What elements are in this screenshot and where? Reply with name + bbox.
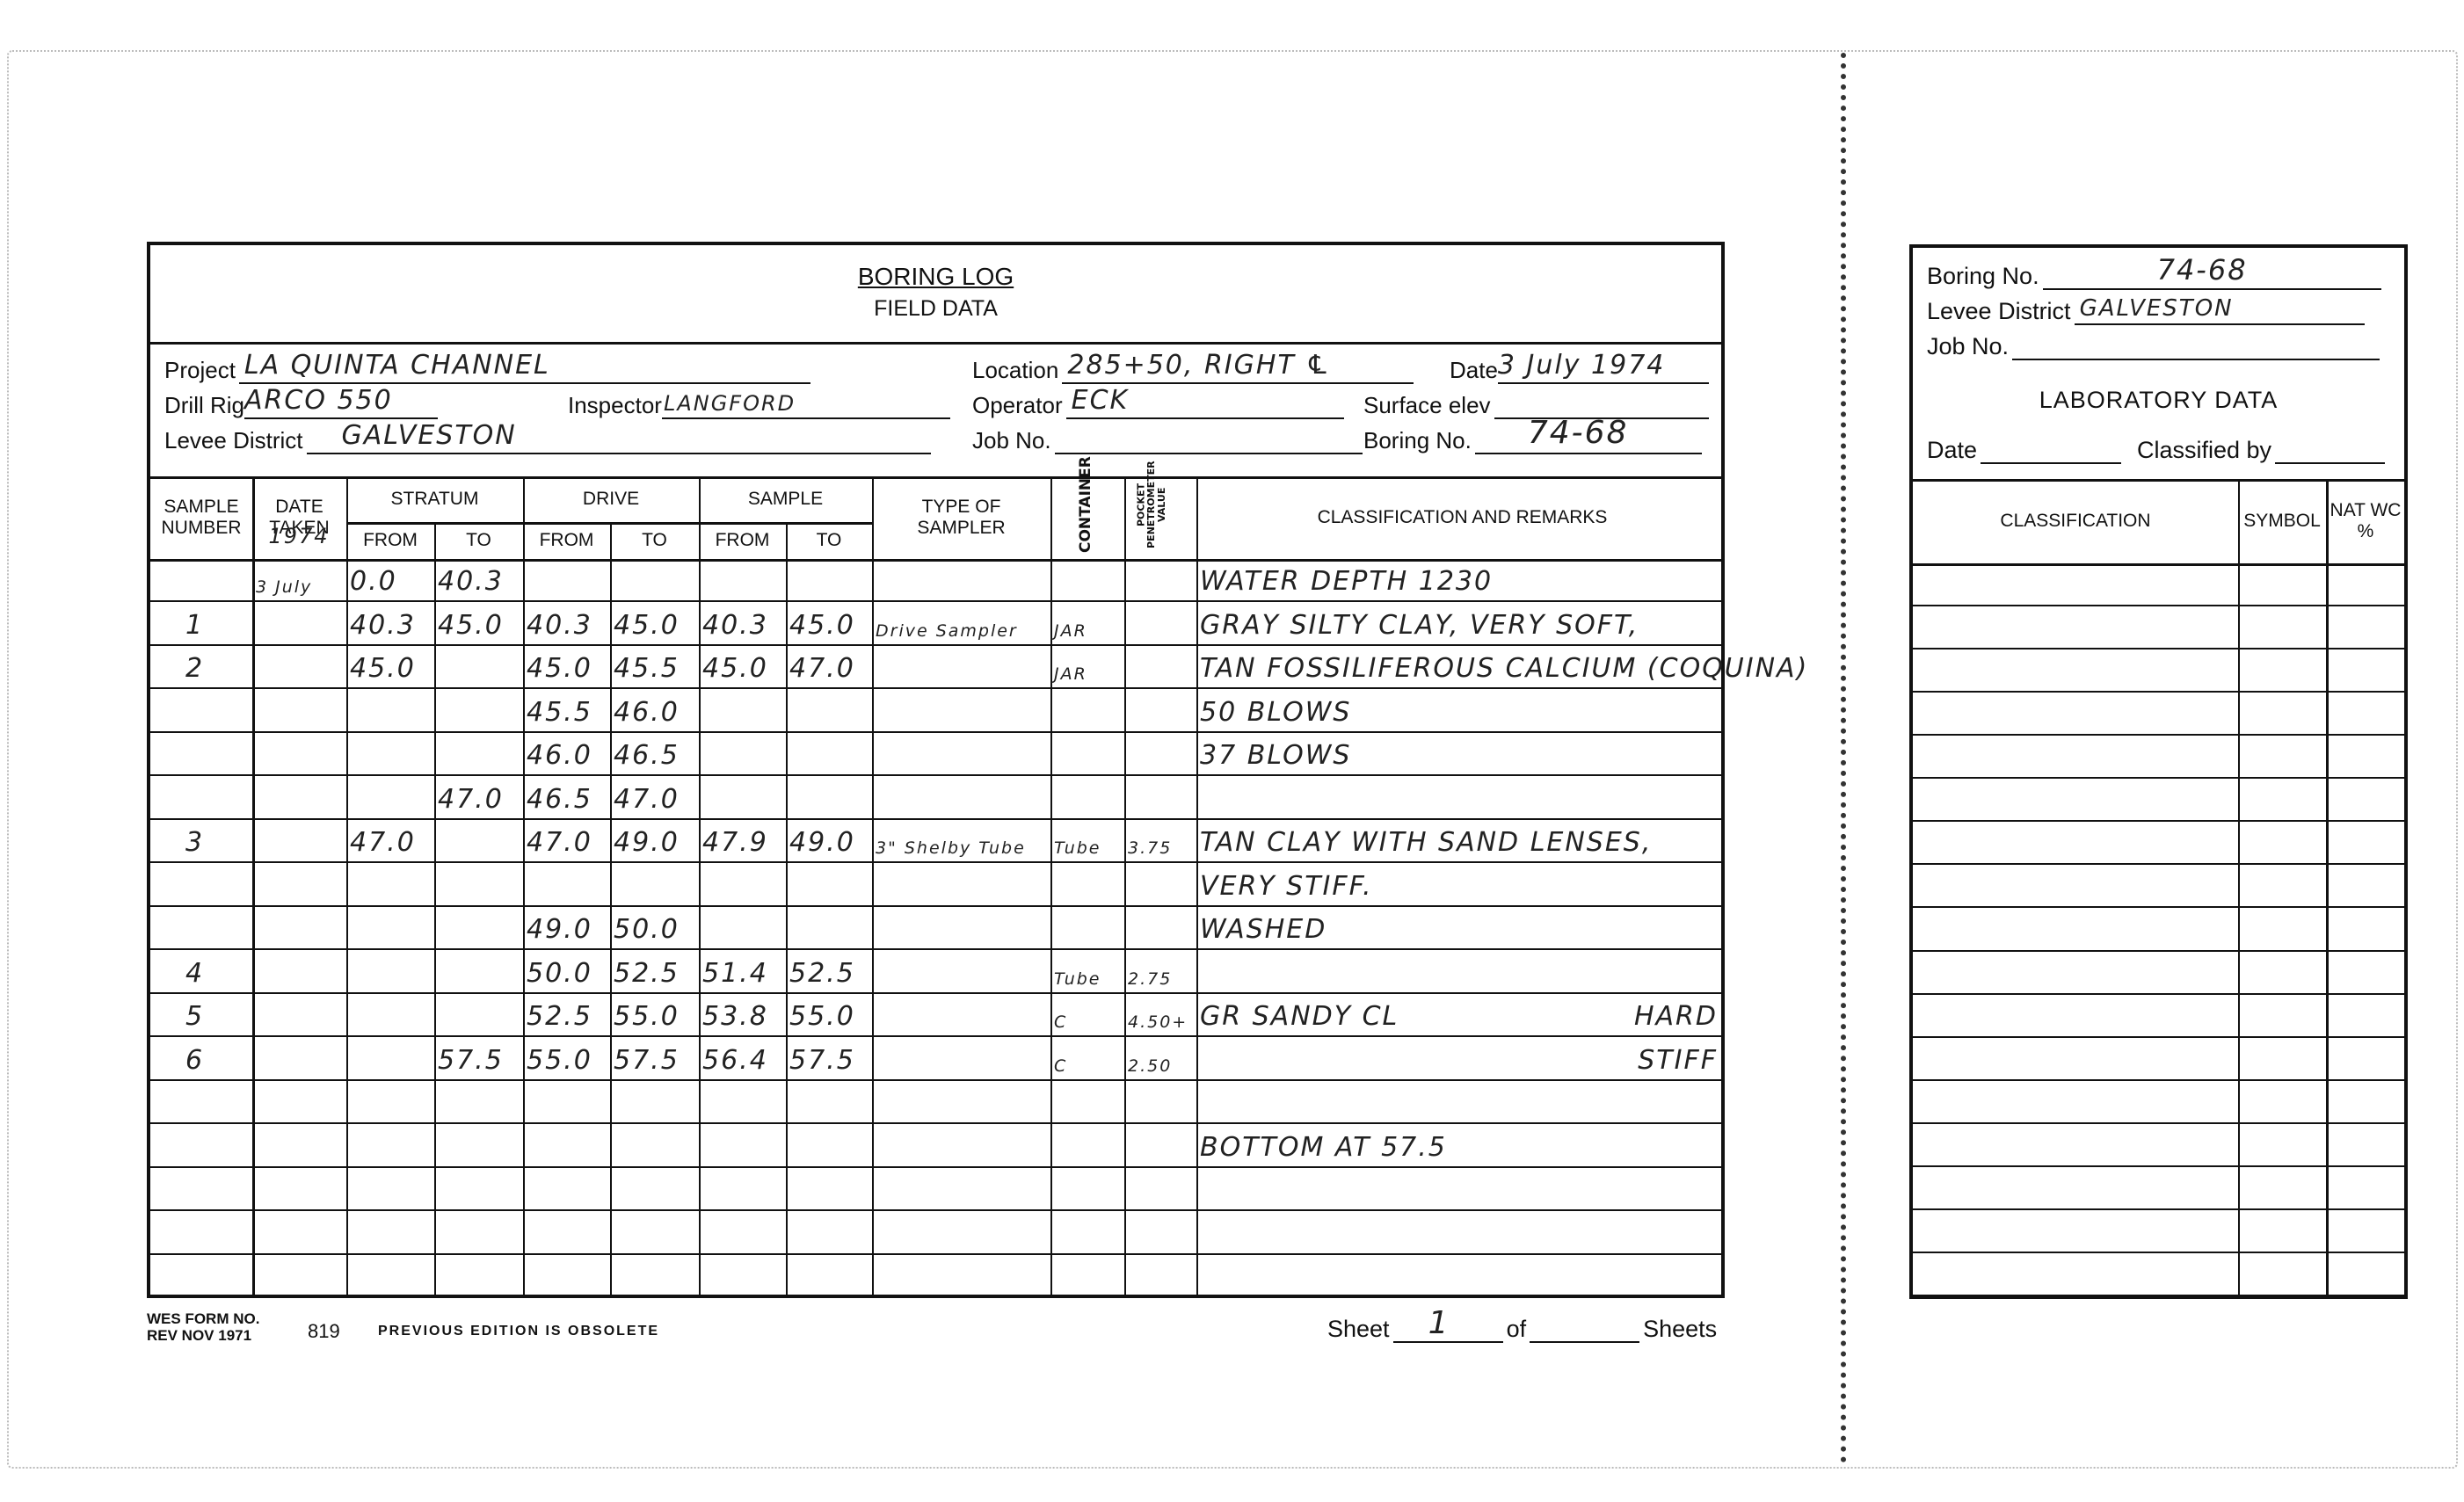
cell-sample-from[interactable]: 40.3 [699, 602, 786, 643]
cell-sample-from[interactable]: 51.4 [699, 950, 786, 991]
lab-cell-classification[interactable] [1913, 822, 2238, 863]
cell-sample-from[interactable]: 45.0 [699, 646, 786, 687]
header-fields: Project LA QUINTA CHANNEL Location 285+5… [150, 342, 1721, 479]
perforation-line [1841, 53, 1846, 1463]
cell-stratum-to[interactable] [434, 1255, 523, 1296]
cell-drive-to[interactable] [610, 863, 699, 904]
cell-sample-from[interactable] [699, 559, 786, 600]
cell-drive-to[interactable]: 45.5 [610, 646, 699, 687]
cell-container[interactable] [1050, 1124, 1124, 1165]
lab-title: LABORATORY DATA [1913, 387, 2404, 414]
cell-sampler-type[interactable] [872, 1168, 1050, 1209]
cell-drive-to[interactable] [610, 1124, 699, 1165]
cell-date-taken[interactable] [252, 776, 346, 817]
cell-sample-to[interactable] [786, 1124, 872, 1165]
cell-sampler-type[interactable] [872, 559, 1050, 600]
cell-sample-number[interactable]: 5 [150, 994, 252, 1035]
lab-levee-district-field[interactable]: Levee District GALVESTON [1927, 294, 2365, 325]
cell-stratum-to[interactable] [434, 1081, 523, 1122]
lab-table-row [1913, 1167, 2404, 1210]
cell-stratum-to[interactable] [434, 1124, 523, 1165]
cell-container[interactable] [1050, 559, 1124, 600]
cell-drive-from[interactable]: 52.5 [523, 994, 610, 1035]
cell-stratum-to[interactable] [434, 907, 523, 948]
header-sample: SAMPLE [699, 476, 872, 522]
lab-cell-classification[interactable] [1913, 1038, 2238, 1079]
cell-sample-to[interactable] [786, 689, 872, 730]
lab-cell-symbol[interactable] [2238, 693, 2326, 734]
lab-cell-symbol[interactable] [2238, 563, 2326, 605]
cell-stratum-to[interactable] [434, 689, 523, 730]
cell-remarks-right[interactable] [1196, 646, 1725, 687]
cell-drive-from[interactable]: 40.3 [523, 602, 610, 643]
cell-stratum-to[interactable] [434, 1211, 523, 1252]
lab-job-no-field[interactable]: Job No. [1927, 329, 2380, 360]
cell-sampler-type[interactable] [872, 863, 1050, 904]
boring-no-field[interactable]: Boring No. 74-68 [1363, 423, 1702, 454]
cell-pocket-penetrometer[interactable] [1124, 776, 1196, 817]
lab-cell-symbol[interactable] [2238, 822, 2326, 863]
cell-sample-from[interactable] [699, 1255, 786, 1296]
cell-remarks-right[interactable] [1196, 820, 1725, 861]
cell-drive-to[interactable] [610, 1081, 699, 1122]
cell-drive-to[interactable] [610, 1168, 699, 1209]
cell-container[interactable]: JAR [1050, 602, 1124, 643]
cell-sample-to[interactable] [786, 1211, 872, 1252]
cell-pocket-penetrometer[interactable] [1124, 907, 1196, 948]
cell-stratum-from[interactable] [346, 1255, 434, 1296]
header-subdivider [346, 522, 872, 525]
cell-sample-from[interactable] [699, 907, 786, 948]
form-code: 819 [308, 1320, 340, 1343]
lab-cell-nat-wc[interactable] [2326, 952, 2405, 993]
cell-stratum-to[interactable]: 47.0 [434, 776, 523, 817]
cell-stratum-from[interactable] [346, 1037, 434, 1078]
cell-sample-number[interactable] [150, 559, 252, 600]
lab-table-row [1913, 606, 2404, 649]
lab-cell-classification[interactable] [1913, 649, 2238, 691]
cell-sampler-type[interactable] [872, 689, 1050, 730]
cell-date-taken[interactable] [252, 994, 346, 1035]
form-title: BORING LOG [150, 263, 1721, 291]
cell-sampler-type[interactable]: 3" Shelby Tube [872, 820, 1050, 861]
cell-pocket-penetrometer[interactable] [1124, 559, 1196, 600]
lab-cell-nat-wc[interactable] [2326, 606, 2405, 648]
cell-date-taken[interactable] [252, 907, 346, 948]
cell-sample-to[interactable]: 47.0 [786, 646, 872, 687]
cell-remarks-right[interactable] [1196, 559, 1725, 600]
lab-cell-classification[interactable] [1913, 563, 2238, 605]
cell-stratum-from[interactable] [346, 994, 434, 1035]
boring-log-form: BORING LOG FIELD DATA Project LA QUINTA … [147, 242, 1725, 1298]
lab-cell-nat-wc[interactable] [2326, 693, 2405, 734]
cell-sample-from[interactable] [699, 863, 786, 904]
cell-pocket-penetrometer[interactable] [1124, 1211, 1196, 1252]
lab-cell-classification[interactable] [1913, 1124, 2238, 1165]
operator-field[interactable]: Operator ECK [972, 388, 1344, 419]
lab-cell-nat-wc[interactable] [2326, 995, 2405, 1036]
cell-sampler-type[interactable] [872, 994, 1050, 1035]
cell-drive-from[interactable]: 49.0 [523, 907, 610, 948]
cell-remarks-right[interactable] [1196, 1168, 1725, 1209]
cell-sampler-type[interactable] [872, 1124, 1050, 1165]
cell-drive-from[interactable] [523, 1211, 610, 1252]
cell-remarks-right[interactable] [1196, 733, 1725, 774]
cell-stratum-to[interactable] [434, 646, 523, 687]
cell-sample-number[interactable] [150, 1124, 252, 1165]
lab-cell-symbol[interactable] [2238, 1124, 2326, 1165]
cell-pocket-penetrometer[interactable] [1124, 733, 1196, 774]
cell-drive-to[interactable]: 52.5 [610, 950, 699, 991]
cell-stratum-from[interactable] [346, 863, 434, 904]
lab-cell-nat-wc[interactable] [2326, 1167, 2405, 1208]
cell-sample-to[interactable]: 49.0 [786, 820, 872, 861]
cell-sample-to[interactable]: 52.5 [786, 950, 872, 991]
cell-drive-to[interactable]: 49.0 [610, 820, 699, 861]
cell-sample-to[interactable] [786, 776, 872, 817]
cell-remarks-right[interactable] [1196, 1081, 1725, 1122]
cell-drive-to[interactable]: 57.5 [610, 1037, 699, 1078]
cell-stratum-from[interactable] [346, 1081, 434, 1122]
cell-stratum-from[interactable]: 45.0 [346, 646, 434, 687]
lab-cell-nat-wc[interactable] [2326, 1081, 2405, 1122]
cell-drive-from[interactable]: 50.0 [523, 950, 610, 991]
cell-remarks-right[interactable]: HARD [1196, 994, 1725, 1035]
cell-pocket-penetrometer[interactable] [1124, 1081, 1196, 1122]
cell-container[interactable] [1050, 733, 1124, 774]
cell-date-taken[interactable] [252, 602, 346, 643]
cell-pocket-penetrometer[interactable] [1124, 602, 1196, 643]
lab-cell-symbol[interactable] [2238, 736, 2326, 777]
cell-drive-from[interactable] [523, 1081, 610, 1122]
cell-drive-from[interactable] [523, 863, 610, 904]
form-number: WES FORM NO. REV NOV 1971 [147, 1311, 259, 1344]
table-row: 245.045.045.545.047.0JARTAN FOSSILIFEROU… [150, 646, 1721, 689]
cell-container[interactable] [1050, 863, 1124, 904]
header-sample-to: TO [786, 522, 872, 559]
lab-cell-nat-wc[interactable] [2326, 908, 2405, 949]
cell-sample-number[interactable] [150, 689, 252, 730]
cell-drive-from[interactable]: 46.0 [523, 733, 610, 774]
laboratory-data-form: Boring No. 74-68 Levee District GALVESTO… [1909, 244, 2099, 1299]
levee-district-value: GALVESTON [342, 420, 517, 451]
cell-sample-to[interactable] [786, 907, 872, 948]
cell-pocket-penetrometer[interactable] [1124, 646, 1196, 687]
cell-stratum-from[interactable]: 0.0 [346, 559, 434, 600]
cell-stratum-to[interactable] [434, 950, 523, 991]
lab-cell-nat-wc[interactable] [2326, 1210, 2405, 1252]
cell-remarks-right[interactable] [1196, 1211, 1725, 1252]
cell-remarks-right[interactable] [1196, 1255, 1725, 1296]
cell-sample-from[interactable]: 56.4 [699, 1037, 786, 1078]
cell-sample-to[interactable]: 55.0 [786, 994, 872, 1035]
cell-stratum-from[interactable] [346, 907, 434, 948]
cell-sample-number[interactable] [150, 1211, 252, 1252]
cell-sampler-type[interactable] [872, 1211, 1050, 1252]
cell-date-taken[interactable] [252, 1255, 346, 1296]
cell-date-taken[interactable] [252, 1037, 346, 1078]
cell-sample-to[interactable] [786, 1255, 872, 1296]
cell-sample-number[interactable] [150, 776, 252, 817]
cell-drive-to[interactable]: 45.0 [610, 602, 699, 643]
cell-stratum-from[interactable] [346, 950, 434, 991]
cell-sampler-type[interactable] [872, 733, 1050, 774]
lab-cell-symbol[interactable] [2238, 1210, 2326, 1252]
table-header: SAMPLE NUMBER DATE TAKEN 1974 STRATUM FR… [150, 476, 1721, 562]
project-field[interactable]: Project LA QUINTA CHANNEL [164, 352, 810, 384]
cell-sample-number[interactable] [150, 1168, 252, 1209]
lab-cell-classification[interactable] [1913, 779, 2238, 820]
cell-sampler-type[interactable] [872, 907, 1050, 948]
lab-cell-nat-wc[interactable] [2326, 822, 2405, 863]
lab-cell-nat-wc[interactable] [2326, 649, 2405, 691]
cell-remarks-right[interactable] [1196, 863, 1725, 904]
cell-stratum-from[interactable] [346, 733, 434, 774]
cell-sample-number[interactable]: 4 [150, 950, 252, 991]
cell-sample-to[interactable] [786, 733, 872, 774]
cell-sample-number[interactable] [150, 733, 252, 774]
cell-drive-from[interactable] [523, 1168, 610, 1209]
cell-stratum-to[interactable] [434, 733, 523, 774]
lab-cell-classification[interactable] [1913, 952, 2238, 993]
cell-sample-number[interactable]: 3 [150, 820, 252, 861]
table-row: 657.555.057.556.457.5C2.50STIFF [150, 1037, 1721, 1080]
table-row: 46.046.537 BLOWS [150, 733, 1721, 776]
cell-sample-to[interactable]: 45.0 [786, 602, 872, 643]
cell-drive-from[interactable] [523, 1124, 610, 1165]
lab-classified-by-field[interactable]: Classified by [2137, 432, 2385, 464]
lab-cell-nat-wc[interactable] [2326, 1124, 2405, 1165]
cell-stratum-to[interactable] [434, 863, 523, 904]
cell-drive-to[interactable]: 46.0 [610, 689, 699, 730]
cell-remarks-right[interactable] [1196, 776, 1725, 817]
lab-cell-nat-wc[interactable] [2326, 1253, 2405, 1295]
cell-sample-number[interactable]: 6 [150, 1037, 252, 1078]
cell-sample-from[interactable] [699, 776, 786, 817]
cell-date-taken[interactable] [252, 733, 346, 774]
cell-date-taken[interactable] [252, 863, 346, 904]
cell-container[interactable] [1050, 907, 1124, 948]
cell-container[interactable] [1050, 689, 1124, 730]
location-field[interactable]: Location 285+50, RIGHT ℄ [972, 352, 1414, 384]
cell-container[interactable]: C [1050, 994, 1124, 1035]
table-body: 3 July0.040.3WATER DEPTH 1230140.345.040… [150, 559, 1721, 1298]
cell-container[interactable] [1050, 1211, 1124, 1252]
cell-sample-number[interactable] [150, 1081, 252, 1122]
cell-sample-from[interactable] [699, 1124, 786, 1165]
cell-pocket-penetrometer[interactable] [1124, 863, 1196, 904]
inspector-field[interactable]: Inspector LANGFORD [568, 388, 950, 419]
cell-sampler-type[interactable] [872, 1081, 1050, 1122]
cell-sampler-type[interactable] [872, 646, 1050, 687]
cell-drive-from[interactable] [523, 1255, 610, 1296]
cell-sample-to[interactable] [786, 559, 872, 600]
date-field[interactable]: Date 3 July 1974 [1450, 352, 1709, 384]
cell-sample-to[interactable] [786, 1168, 872, 1209]
lab-cell-symbol[interactable] [2238, 1038, 2326, 1079]
cell-drive-to[interactable]: 47.0 [610, 776, 699, 817]
cell-pocket-penetrometer[interactable]: 3.75 [1124, 820, 1196, 861]
cell-drive-to[interactable]: 50.0 [610, 907, 699, 948]
cell-date-taken[interactable] [252, 820, 346, 861]
lab-cell-symbol[interactable] [2238, 1167, 2326, 1208]
cell-sample-from[interactable] [699, 1168, 786, 1209]
lab-cell-nat-wc[interactable] [2326, 736, 2405, 777]
lab-cell-symbol[interactable] [2238, 865, 2326, 906]
lab-cell-classification[interactable] [1913, 1081, 2238, 1122]
lab-date-field[interactable]: Date [1927, 432, 2121, 464]
cell-sample-from[interactable] [699, 733, 786, 774]
cell-stratum-to[interactable]: 57.5 [434, 1037, 523, 1078]
cell-pocket-penetrometer[interactable] [1124, 1168, 1196, 1209]
lab-cell-classification[interactable] [1913, 865, 2238, 906]
cell-date-taken[interactable]: 3 July [252, 559, 346, 600]
cell-sampler-type[interactable] [872, 1255, 1050, 1296]
cell-sample-number[interactable] [150, 1255, 252, 1296]
cell-stratum-to[interactable] [434, 994, 523, 1035]
lab-cell-classification[interactable] [1913, 1253, 2238, 1295]
cell-stratum-from[interactable] [346, 1168, 434, 1209]
cell-stratum-from[interactable] [346, 776, 434, 817]
lab-cell-classification[interactable] [1913, 995, 2238, 1036]
cell-pocket-penetrometer[interactable] [1124, 689, 1196, 730]
lab-cell-symbol[interactable] [2238, 649, 2326, 691]
cell-container[interactable] [1050, 776, 1124, 817]
cell-container[interactable]: Tube [1050, 950, 1124, 991]
table-row [150, 1211, 1721, 1254]
lab-boring-no-value: 74-68 [2157, 253, 2248, 287]
cell-date-taken[interactable] [252, 1168, 346, 1209]
cell-pocket-penetrometer[interactable]: 4.50+ [1124, 994, 1196, 1035]
header-stratum-from: FROM [346, 522, 434, 559]
lab-cell-symbol[interactable] [2238, 908, 2326, 949]
cell-stratum-from[interactable] [346, 1124, 434, 1165]
cell-drive-to[interactable]: 46.5 [610, 733, 699, 774]
cell-sampler-type[interactable] [872, 776, 1050, 817]
cell-remarks-right[interactable] [1196, 1124, 1725, 1165]
cell-sampler-type[interactable]: Drive Sampler [872, 602, 1050, 643]
lab-cell-symbol[interactable] [2238, 1253, 2326, 1295]
levee-district-field[interactable]: Levee District GALVESTON [164, 423, 931, 454]
cell-drive-to[interactable] [610, 1211, 699, 1252]
cell-drive-from[interactable]: 45.5 [523, 689, 610, 730]
cell-date-taken[interactable] [252, 646, 346, 687]
cell-stratum-from[interactable]: 47.0 [346, 820, 434, 861]
lab-cell-classification[interactable] [1913, 606, 2238, 648]
cell-stratum-to[interactable] [434, 820, 523, 861]
cell-drive-from[interactable]: 46.5 [523, 776, 610, 817]
lab-cell-classification[interactable] [1913, 1210, 2238, 1252]
cell-sample-number[interactable]: 2 [150, 646, 252, 687]
cell-stratum-from[interactable]: 40.3 [346, 602, 434, 643]
lab-cell-classification[interactable] [1913, 1167, 2238, 1208]
cell-remarks-right[interactable] [1196, 689, 1725, 730]
lab-boring-no-field[interactable]: Boring No. 74-68 [1927, 258, 2381, 290]
lab-cell-nat-wc[interactable] [2326, 563, 2405, 605]
cell-container[interactable]: JAR [1050, 646, 1124, 687]
field-data-table: SAMPLE NUMBER DATE TAKEN 1974 STRATUM FR… [150, 476, 1721, 1298]
lab-cell-symbol[interactable] [2238, 952, 2326, 993]
cell-stratum-to[interactable]: 40.3 [434, 559, 523, 600]
sheet-number-field[interactable]: 1 [1393, 1313, 1503, 1343]
cell-sample-number[interactable]: 1 [150, 602, 252, 643]
cell-drive-from[interactable]: 55.0 [523, 1037, 610, 1078]
lab-cell-nat-wc[interactable] [2326, 1038, 2405, 1079]
lab-cell-nat-wc[interactable] [2326, 779, 2405, 820]
cell-drive-to[interactable] [610, 559, 699, 600]
cell-pocket-penetrometer[interactable]: 2.50 [1124, 1037, 1196, 1078]
lab-cell-symbol[interactable] [2238, 606, 2326, 648]
cell-drive-from[interactable]: 47.0 [523, 820, 610, 861]
cell-sample-to[interactable] [786, 863, 872, 904]
cell-container[interactable] [1050, 1255, 1124, 1296]
cell-date-taken[interactable] [252, 689, 346, 730]
cell-container[interactable]: Tube [1050, 820, 1124, 861]
lab-cell-symbol[interactable] [2238, 779, 2326, 820]
cell-date-taken[interactable] [252, 1124, 346, 1165]
lab-table-row [1913, 865, 2404, 908]
table-row: 347.047.049.047.949.03" Shelby TubeTube3… [150, 820, 1721, 863]
lab-cell-symbol[interactable] [2238, 1081, 2326, 1122]
cell-stratum-to[interactable] [434, 1168, 523, 1209]
cell-stratum-to[interactable]: 45.0 [434, 602, 523, 643]
lab-cell-symbol[interactable] [2238, 995, 2326, 1036]
lab-table-row [1913, 1210, 2404, 1253]
cell-remarks-right[interactable] [1196, 907, 1725, 948]
cell-sample-number[interactable] [150, 907, 252, 948]
cell-drive-from[interactable] [523, 559, 610, 600]
form-title-area: BORING LOG FIELD DATA [150, 245, 1721, 345]
cell-pocket-penetrometer[interactable] [1124, 1124, 1196, 1165]
sheet-total-field[interactable] [1530, 1313, 1639, 1343]
cell-date-taken[interactable] [252, 1211, 346, 1252]
cell-stratum-from[interactable] [346, 1211, 434, 1252]
cell-pocket-penetrometer[interactable] [1124, 1255, 1196, 1296]
lab-cell-classification[interactable] [1913, 908, 2238, 949]
cell-sample-from[interactable] [699, 1081, 786, 1122]
lab-cell-classification[interactable] [1913, 693, 2238, 734]
cell-drive-from[interactable]: 45.0 [523, 646, 610, 687]
cell-remarks-right[interactable] [1196, 950, 1725, 991]
cell-pocket-penetrometer[interactable]: 2.75 [1124, 950, 1196, 991]
cell-remarks-right[interactable]: STIFF [1196, 1037, 1725, 1078]
cell-sample-to[interactable] [786, 1081, 872, 1122]
lab-cell-classification[interactable] [1913, 736, 2238, 777]
cell-sampler-type[interactable] [872, 950, 1050, 991]
cell-drive-to[interactable]: 55.0 [610, 994, 699, 1035]
cell-sampler-type[interactable] [872, 1037, 1050, 1078]
cell-date-taken[interactable] [252, 950, 346, 991]
drill-rig-field[interactable]: Drill Rig ARCO 550 [164, 388, 438, 419]
cell-sample-to[interactable]: 57.5 [786, 1037, 872, 1078]
lab-levee-district-value: GALVESTON [2080, 295, 2234, 322]
cell-drive-to[interactable] [610, 1255, 699, 1296]
lab-table-row [1913, 1124, 2404, 1167]
cell-stratum-from[interactable] [346, 689, 434, 730]
cell-sample-number[interactable] [150, 863, 252, 904]
cell-container[interactable] [1050, 1081, 1124, 1122]
cell-sample-from[interactable]: 53.8 [699, 994, 786, 1035]
cell-container[interactable]: C [1050, 1037, 1124, 1078]
cell-container[interactable] [1050, 1168, 1124, 1209]
lab-cell-nat-wc[interactable] [2326, 865, 2405, 906]
lab-table-row [1913, 952, 2404, 995]
cell-sample-from[interactable]: 47.9 [699, 820, 786, 861]
cell-sample-from[interactable] [699, 689, 786, 730]
cell-sample-from[interactable] [699, 1211, 786, 1252]
cell-date-taken[interactable] [252, 1081, 346, 1122]
cell-remarks-right[interactable] [1196, 602, 1725, 643]
